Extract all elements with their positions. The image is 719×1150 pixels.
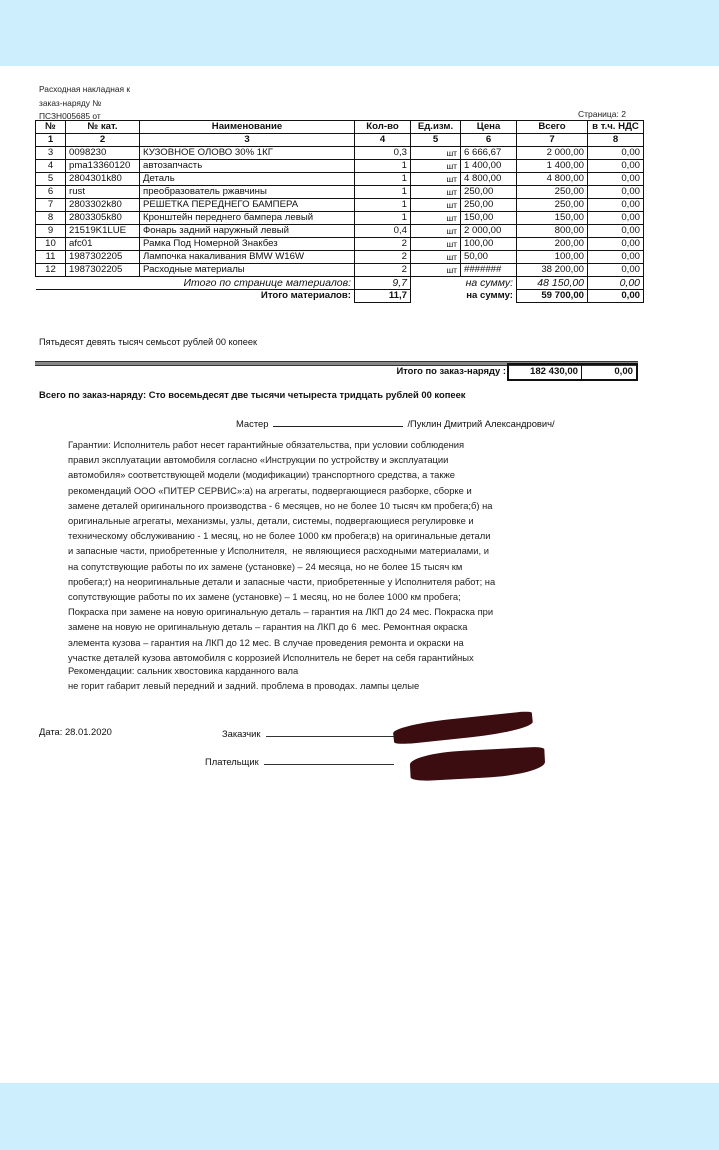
table-row: 121987302205Расходные материалы2шт######… [36, 264, 644, 277]
grand-total-row: Итого материалов: 11,7 на сумму: 59 700,… [36, 290, 644, 303]
master-name: /Пуклин Дмитрий Александрович/ [407, 418, 554, 429]
page-subtotal-total: 48 150,00 [517, 277, 588, 290]
cell-name: Фонарь задний наружный левый [140, 225, 355, 238]
cell-total: 250,00 [517, 199, 588, 212]
materials-table: № № кат. Наименование Кол-во Ед.изм. Цен… [35, 120, 644, 303]
col-number: 8 [588, 134, 644, 147]
payer-signature: Плательщик [205, 755, 394, 767]
cell-total: 38 200,00 [517, 264, 588, 277]
cell-n: 10 [36, 238, 66, 251]
warranty-terms: Гарантии: Исполнитель работ несет гарант… [68, 437, 588, 665]
col-number: 5 [411, 134, 461, 147]
page-subtotal-qty: 9,7 [355, 277, 411, 290]
cell-price: 1 400,00 [461, 160, 517, 173]
warranty-line: правил эксплуатации автомобиля согласно … [68, 452, 588, 467]
cell-total: 2 000,00 [517, 147, 588, 160]
table-row: 4pma13360120автозапчасть1шт1 400,001 400… [36, 160, 644, 173]
col-number: 1 [36, 134, 66, 147]
viewer-top-band [0, 0, 719, 66]
warranty-line: замене деталей оригинального производств… [68, 498, 588, 513]
table-row: 921519K1LUEФонарь задний наружный левый0… [36, 225, 644, 238]
warranty-line: элемента кузова – гарантия на ЛКП до 12 … [68, 635, 588, 650]
signature-line [264, 755, 394, 765]
table-row: 52804301k80Деталь1шт4 800,004 800,000,00 [36, 173, 644, 186]
recommendation-line: не горит габарит левый передний и задний… [68, 678, 419, 693]
cell-vat: 0,00 [588, 264, 644, 277]
customer-signature: Заказчик [222, 727, 396, 739]
caption-line: Расходная накладная к [39, 83, 130, 97]
cell-name: Расходные материалы [140, 264, 355, 277]
cell-n: 5 [36, 173, 66, 186]
signature-line [266, 727, 396, 737]
cell-cat: 1987302205 [66, 251, 140, 264]
order-total-vat: 0,00 [582, 365, 636, 379]
cell-cat: 21519K1LUE [66, 225, 140, 238]
cell-name: автозапчасть [140, 160, 355, 173]
cell-unit: шт [411, 225, 461, 238]
cell-cat: rust [66, 186, 140, 199]
col-number: 4 [355, 134, 411, 147]
customer-label: Заказчик [222, 728, 261, 739]
cell-cat: 0098230 [66, 147, 140, 160]
cell-n: 7 [36, 199, 66, 212]
grand-total-qty: 11,7 [355, 290, 411, 303]
order-total-sum: 182 430,00 [509, 365, 582, 379]
cell-unit: шт [411, 160, 461, 173]
cell-name: КУЗОВНОЕ ОЛОВО 30% 1КГ [140, 147, 355, 160]
cell-qty: 2 [355, 238, 411, 251]
cell-vat: 0,00 [588, 147, 644, 160]
warranty-line: Гарантии: Исполнитель работ несет гарант… [68, 437, 588, 452]
col-number: 2 [66, 134, 140, 147]
cell-total: 1 400,00 [517, 160, 588, 173]
cell-unit: шт [411, 251, 461, 264]
col-number: 6 [461, 134, 517, 147]
cell-unit: шт [411, 238, 461, 251]
cell-vat: 0,00 [588, 160, 644, 173]
cell-n: 3 [36, 147, 66, 160]
cell-total: 800,00 [517, 225, 588, 238]
cell-cat: 2803305k80 [66, 212, 140, 225]
cell-name: Кронштейн переднего бампера левый [140, 212, 355, 225]
cell-price: 50,00 [461, 251, 517, 264]
recommendations: Рекомендации: сальник хвостовика карданн… [68, 663, 419, 693]
table-header-row: № № кат. Наименование Кол-во Ед.изм. Цен… [36, 121, 644, 134]
page-subtotal-vat: 0,00 [588, 277, 644, 290]
cell-price: 150,00 [461, 212, 517, 225]
cell-n: 9 [36, 225, 66, 238]
col-header: № [36, 121, 66, 134]
cell-n: 4 [36, 160, 66, 173]
cell-qty: 1 [355, 160, 411, 173]
cell-total: 250,00 [517, 186, 588, 199]
cell-price: 6 666,67 [461, 147, 517, 160]
col-header: Ед.изм. [411, 121, 461, 134]
cell-unit: шт [411, 264, 461, 277]
warranty-line: пробега;г) на неоригинальные детали и за… [68, 574, 588, 589]
col-header: Всего [517, 121, 588, 134]
table-row: 72803302k80РЕШЕТКА ПЕРЕДНЕГО БАМПЕРА1шт2… [36, 199, 644, 212]
order-total-label: Итого по заказ-наряду : [300, 365, 506, 376]
cell-price: ####### [461, 264, 517, 277]
cell-price: 100,00 [461, 238, 517, 251]
cell-qty: 1 [355, 186, 411, 199]
col-header: Кол-во [355, 121, 411, 134]
warranty-line: замене на новую не оригинальную деталь –… [68, 619, 588, 634]
table-row: 6rustпреобразователь ржавчины1шт250,0025… [36, 186, 644, 199]
table-row: 82803305k80Кронштейн переднего бампера л… [36, 212, 644, 225]
order-total-box: 182 430,00 0,00 [507, 363, 638, 381]
column-number-row: 1 2 3 4 5 6 7 8 [36, 134, 644, 147]
payer-label: Плательщик [205, 756, 259, 767]
cell-name: Рамка Под Номерной Знакбез [140, 238, 355, 251]
cell-total: 100,00 [517, 251, 588, 264]
cell-total: 150,00 [517, 212, 588, 225]
cell-qty: 2 [355, 264, 411, 277]
cell-name: преобразователь ржавчины [140, 186, 355, 199]
warranty-line: сопутствующие работы по их замене (устан… [68, 589, 588, 604]
cell-n: 12 [36, 264, 66, 277]
materials-total-in-words: Пятьдесят девять тысяч семьсот рублей 00… [39, 337, 257, 347]
cell-cat: 1987302205 [66, 264, 140, 277]
caption-line: заказ-наряду № [39, 97, 130, 111]
cell-n: 6 [36, 186, 66, 199]
page-subtotal-sum-label: на сумму: [411, 277, 517, 290]
cell-total: 4 800,00 [517, 173, 588, 186]
table-row: 10afc01Рамка Под Номерной Знакбез2шт100,… [36, 238, 644, 251]
warranty-line: техническому обслуживанию - 1 месяц, но … [68, 528, 588, 543]
warranty-line: Покраска при замене на новую оригинальну… [68, 604, 588, 619]
cell-qty: 0,3 [355, 147, 411, 160]
cell-cat: afc01 [66, 238, 140, 251]
table-row: 111987302205Лампочка накаливания BMW W16… [36, 251, 644, 264]
cell-qty: 1 [355, 212, 411, 225]
cell-vat: 0,00 [588, 173, 644, 186]
warranty-line: автомобиля» соответствующей модели (моди… [68, 467, 588, 482]
col-number: 7 [517, 134, 588, 147]
cell-cat: 2804301k80 [66, 173, 140, 186]
cell-cat: pma13360120 [66, 160, 140, 173]
cell-total: 200,00 [517, 238, 588, 251]
cell-qty: 1 [355, 173, 411, 186]
order-total-in-words: Всего по заказ-наряду: Сто восемьдесят д… [39, 389, 465, 400]
cell-vat: 0,00 [588, 251, 644, 264]
cell-price: 250,00 [461, 186, 517, 199]
document-date: Дата: 28.01.2020 [39, 726, 112, 737]
signature-line [273, 417, 403, 427]
cell-vat: 0,00 [588, 238, 644, 251]
cell-unit: шт [411, 186, 461, 199]
cell-unit: шт [411, 173, 461, 186]
cell-unit: шт [411, 147, 461, 160]
master-label: Мастер [236, 418, 268, 429]
warranty-line: оригинальные агрегаты, механизмы, узлы, … [68, 513, 588, 528]
cell-price: 4 800,00 [461, 173, 517, 186]
cell-qty: 1 [355, 199, 411, 212]
warranty-line: и запасные части, приобретенные у Исполн… [68, 543, 588, 558]
warranty-line: на сопутствующие работы по их замене (ус… [68, 559, 588, 574]
cell-name: Деталь [140, 173, 355, 186]
cell-cat: 2803302k80 [66, 199, 140, 212]
cell-vat: 0,00 [588, 225, 644, 238]
cell-qty: 2 [355, 251, 411, 264]
document-caption: Расходная накладная к заказ-наряду № ПСЗ… [39, 83, 130, 124]
cell-qty: 0,4 [355, 225, 411, 238]
page-subtotal-label: Итого по странице материалов: [36, 277, 355, 290]
warranty-line: рекомендаций ООО «ПИТЕР СЕРВИС»:а) на аг… [68, 483, 588, 498]
col-header: № кат. [66, 121, 140, 134]
cell-unit: шт [411, 212, 461, 225]
recommendation-line: Рекомендации: сальник хвостовика карданн… [68, 663, 419, 678]
cell-price: 250,00 [461, 199, 517, 212]
col-header: Цена [461, 121, 517, 134]
cell-price: 2 000,00 [461, 225, 517, 238]
page-subtotal-row: Итого по странице материалов: 9,7 на сум… [36, 277, 644, 290]
cell-vat: 0,00 [588, 186, 644, 199]
col-header: Наименование [140, 121, 355, 134]
master-signature: Мастер/Пуклин Дмитрий Александрович/ [236, 417, 555, 429]
col-header: в т.ч. НДС [588, 121, 644, 134]
cell-name: Лампочка накаливания BMW W16W [140, 251, 355, 264]
cell-name: РЕШЕТКА ПЕРЕДНЕГО БАМПЕРА [140, 199, 355, 212]
table-row: 30098230КУЗОВНОЕ ОЛОВО 30% 1КГ0,3шт6 666… [36, 147, 644, 160]
cell-n: 8 [36, 212, 66, 225]
col-number: 3 [140, 134, 355, 147]
grand-total-sum-label: на сумму: [411, 290, 517, 303]
cell-unit: шт [411, 199, 461, 212]
cell-vat: 0,00 [588, 199, 644, 212]
grand-total-label: Итого материалов: [36, 290, 355, 303]
grand-total-total: 59 700,00 [517, 290, 588, 303]
cell-n: 11 [36, 251, 66, 264]
grand-total-vat: 0,00 [588, 290, 644, 303]
page-number: Страница: 2 [578, 109, 626, 119]
viewer-bottom-band [0, 1083, 719, 1150]
cell-vat: 0,00 [588, 212, 644, 225]
